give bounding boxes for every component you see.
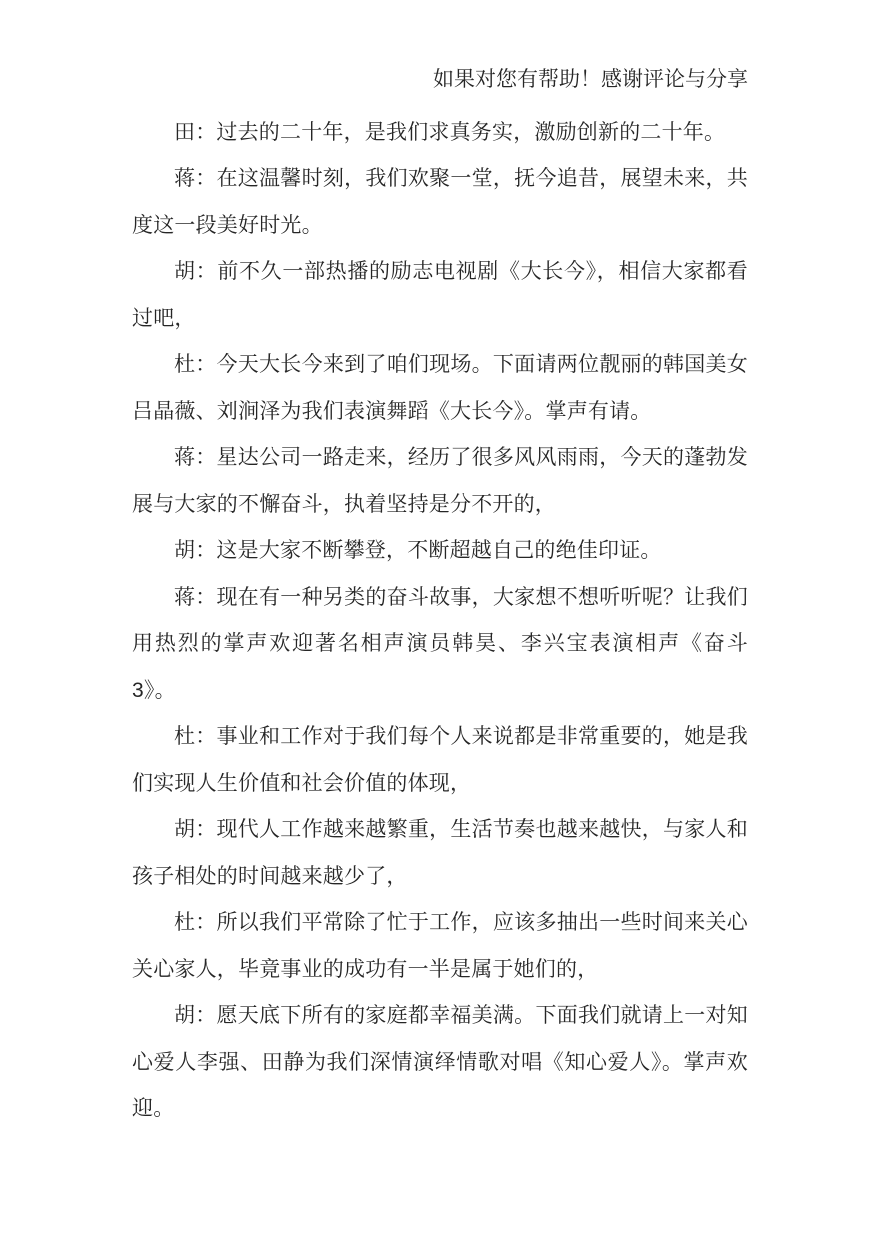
paragraph: 胡：现代人工作越来越繁重，生活节奏也越来越快，与家人和孩子相处的时间越来越少了， — [132, 807, 748, 900]
paragraph: 胡：愿天底下所有的家庭都幸福美满。下面我们就请上一对知心爱人李强、田静为我们深情… — [132, 993, 748, 1133]
document-page: 如果对您有帮助！感谢评论与分享 田：过去的二十年，是我们求真务实，激励创新的二十… — [0, 0, 884, 1250]
document-body: 如果对您有帮助！感谢评论与分享 田：过去的二十年，是我们求真务实，激励创新的二十… — [132, 57, 748, 1133]
header-note: 如果对您有帮助！感谢评论与分享 — [132, 57, 748, 104]
paragraph: 蒋：现在有一种另类的奋斗故事，大家想不想听听呢？让我们用热烈的掌声欢迎著名相声演… — [132, 575, 748, 715]
paragraph: 胡：前不久一部热播的励志电视剧《大长今》，相信大家都看过吧， — [132, 249, 748, 342]
paragraph: 杜：所以我们平常除了忙于工作，应该多抽出一些时间来关心关心家人，毕竟事业的成功有… — [132, 900, 748, 993]
paragraph: 田：过去的二十年，是我们求真务实，激励创新的二十年。 — [132, 110, 748, 157]
paragraph: 胡：这是大家不断攀登，不断超越自己的绝佳印证。 — [132, 528, 748, 575]
paragraph: 蒋：在这温馨时刻，我们欢聚一堂，抚今追昔，展望未来，共度这一段美好时光。 — [132, 156, 748, 249]
paragraph: 杜：事业和工作对于我们每个人来说都是非常重要的，她是我们实现人生价值和社会价值的… — [132, 714, 748, 807]
paragraph: 杜：今天大长今来到了咱们现场。下面请两位靓丽的韩国美女吕晶薇、刘涧泽为我们表演舞… — [132, 342, 748, 435]
paragraph: 蒋：星达公司一路走来，经历了很多风风雨雨，今天的蓬勃发展与大家的不懈奋斗，执着坚… — [132, 435, 748, 528]
